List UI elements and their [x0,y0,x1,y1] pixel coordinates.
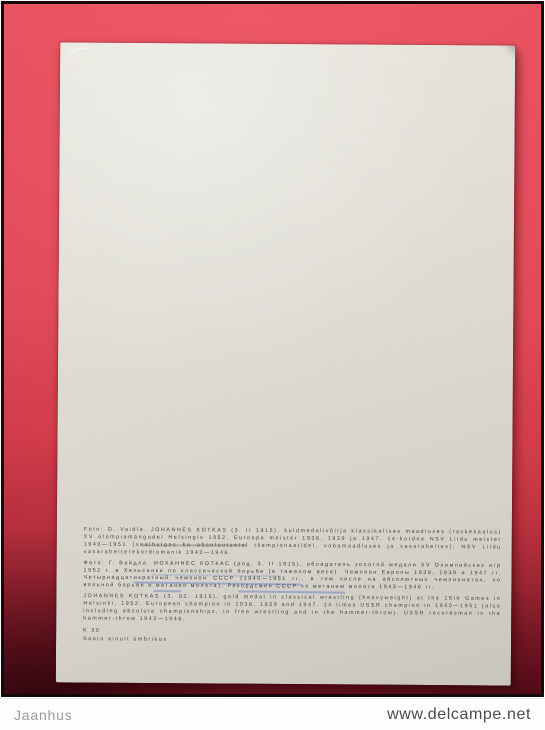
pencil-underline [142,544,247,546]
caption-english: JOHANNES KOTKAS (3. 02. 1915), gold meda… [83,592,501,625]
seller-watermark: Jaanhus [14,707,73,723]
pen-underline [153,590,181,592]
site-watermark: www.delcampe.net [387,706,531,724]
caption-estonian: Foto: O. Vaidla. JOHANNES KOTKAS (3. II … [84,526,502,559]
mailing-note: Saata ainult ümbrikus [83,635,501,645]
corner-fold [499,44,516,58]
photo-background: Foto: O. Vaidla. JOHANNES KOTKAS (3. II … [1,1,544,697]
postcard-back: Foto: O. Vaidla. JOHANNES KOTKAS (3. II … [56,42,515,685]
corner-crease [65,45,97,73]
listing-photo-page: Foto: O. Vaidla. JOHANNES KOTKAS (3. II … [0,0,545,730]
watermark-strip: Jaanhus www.delcampe.net [0,698,545,730]
caption-russian: Фото: Г. Вайдла. ИОХАННЕС КОТКАС (род. 3… [83,559,501,592]
